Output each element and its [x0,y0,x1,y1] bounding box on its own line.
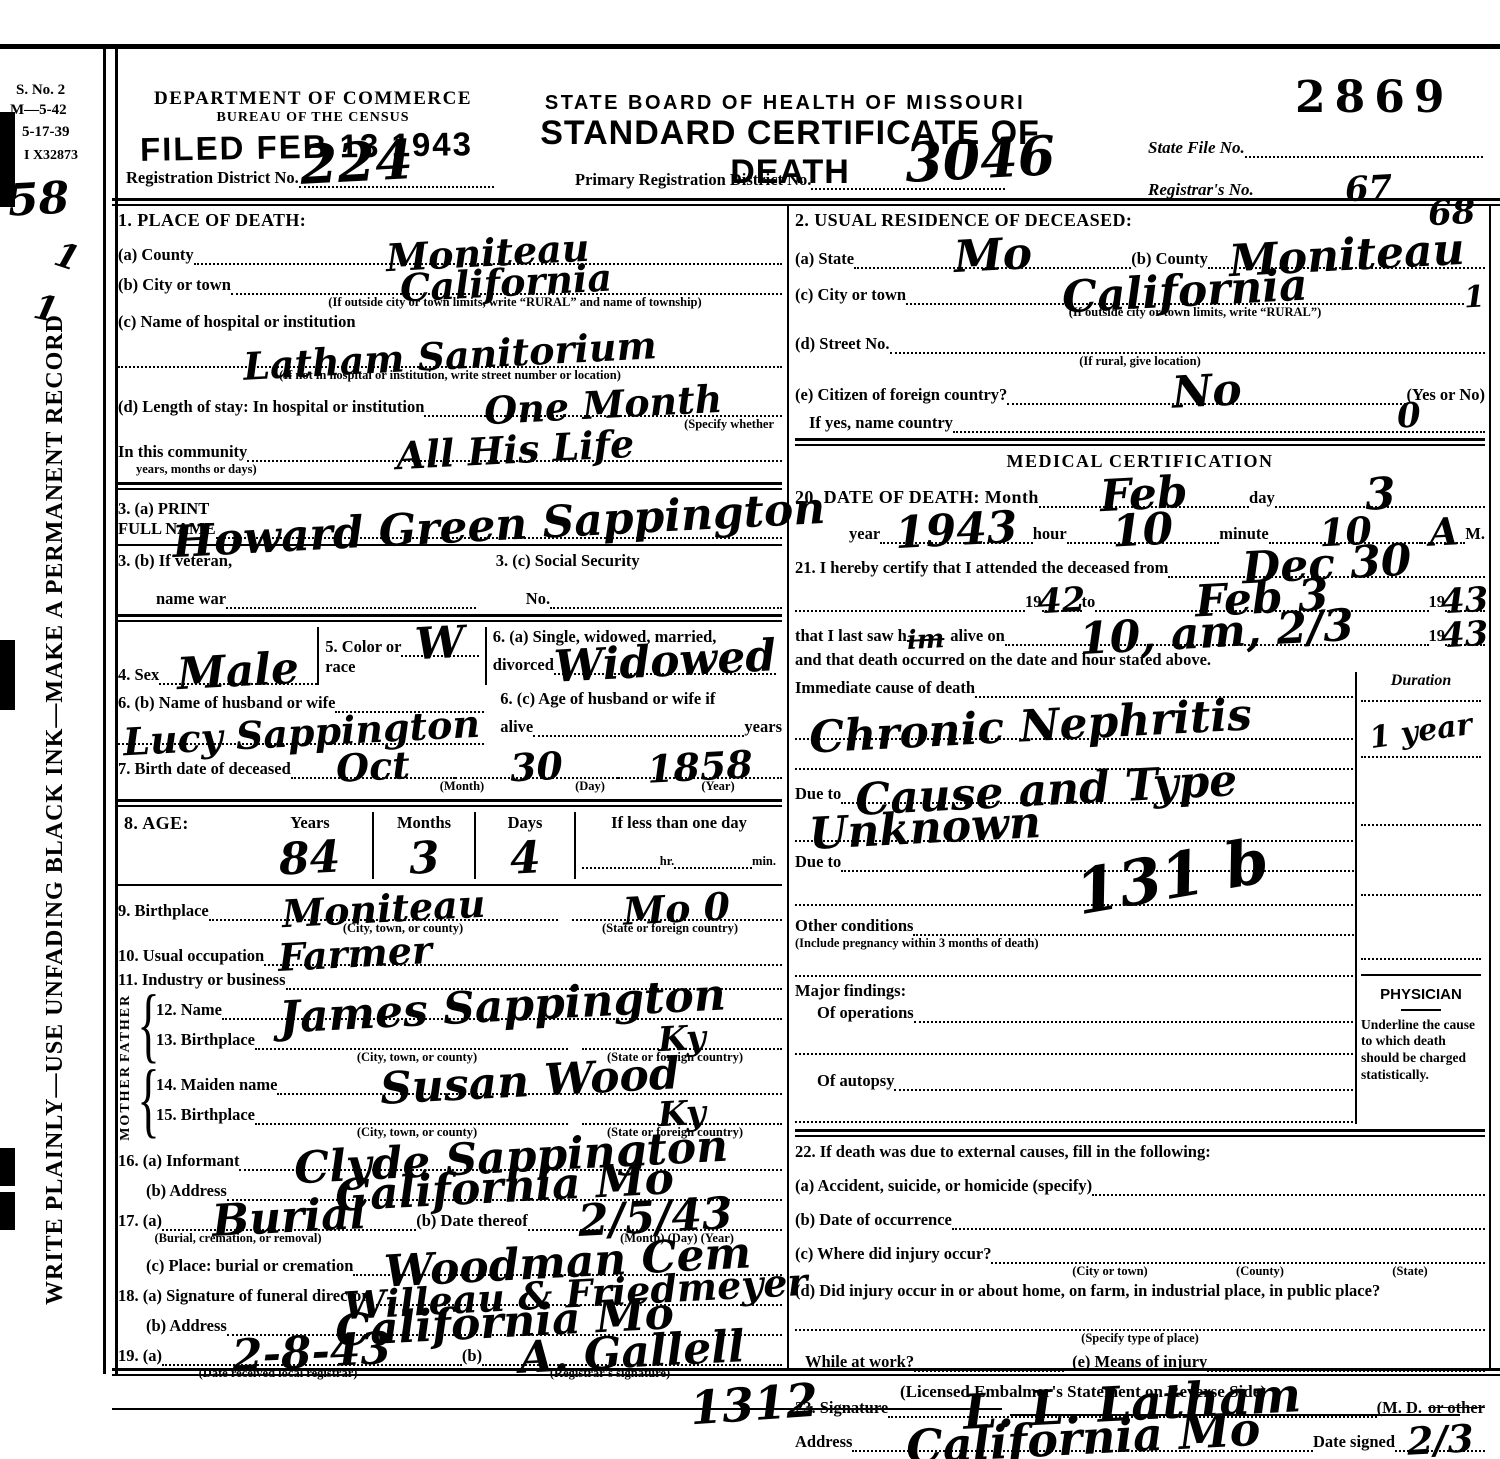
name-war-label: name war [118,589,226,609]
ssn-no-line [550,605,782,609]
attended-from-year: 42 [1037,591,1085,612]
cause-empty-line-5 [795,1119,1357,1123]
last-saw-scribble: im [907,632,945,648]
length-of-stay-line: One Month [424,395,782,417]
external-c-note-1: (City or town) [1035,1264,1185,1279]
external-c-note-3: (State) [1335,1264,1485,1279]
age-heading: 8. AGE: [124,813,189,833]
age-days-cell: Days 4 [474,812,574,879]
external-c-row: (c) Where did injury occur? [795,1240,1485,1264]
form-ref-3: 5-17-39 [22,124,70,141]
column-divider-line [787,205,789,1369]
birthplace-label: 9. Birthplace [118,901,209,921]
registration-district-label: Registration District No. [126,168,299,188]
death-day-value: 3 [1364,482,1396,508]
burial-place-label: (c) Place: burial or cremation [118,1256,353,1276]
county-label: (a) County [118,245,194,265]
residence-state-county-row: (a) State Mo (b) County Moniteau [795,239,1485,269]
immediate-cause-label: Immediate cause of death [795,678,975,698]
right-border-line [1489,205,1491,1369]
footer-bottom-rule-right [1010,1414,1460,1416]
duration-value: 1 year [1360,716,1481,749]
physician-note: Underline the cause to which death shoul… [1361,1017,1481,1085]
citizen-line: No [1007,380,1406,405]
mother-name-value: Susan Wood [379,1062,680,1102]
hospital-label: (c) Name of hospital or institution [118,312,782,332]
external-causes-heading: 22. If death was due to external causes,… [795,1142,1485,1162]
residence-state-label: (a) State [795,249,854,269]
occupation-value: Farmer [278,940,433,969]
race-value: W [415,631,466,658]
death-day-line: 3 [1275,483,1485,508]
father-birthplace-value: Ky [658,1029,707,1050]
external-a-label: (a) Accident, suicide, or homicide (spec… [795,1176,1092,1196]
ssn-label: 3. (c) Social Security [496,551,782,571]
death-hour-value: 10 [1112,517,1174,544]
full-name-value: Howard Green Sappington [172,497,826,555]
birth-year-value: 1858 [647,754,754,780]
ssn-no-label: No. [496,589,550,609]
immediate-cause-row: Immediate cause of death [795,672,1357,698]
registrar-signature-value: A. Gallell [519,1335,746,1371]
funeral-address-label: (b) Address [118,1316,227,1336]
operations-label: Of operations [795,1003,914,1023]
autopsy-line [894,1087,1357,1091]
birthplace-line-1: Moniteau [209,899,558,921]
header-department: DEPARTMENT OF COMMERCE [128,88,498,110]
attended-filler-line [795,608,1025,612]
duration-line-3 [1361,822,1481,826]
mother-name-line: Susan Wood [277,1070,782,1095]
citizen-label: (e) Citizen of foreign country? [795,385,1007,405]
operations-line [914,1019,1357,1023]
external-a-line [1092,1192,1485,1196]
header-state-board: STATE BOARD OF HEALTH OF MISSOURI [520,92,1050,115]
section-rule-4 [118,799,782,807]
community-row: In this community All His Life [118,432,782,462]
mother-side-label: MOTHER [118,1065,136,1141]
margin-handwritten-number: 58 [7,186,69,213]
birth-day-value: 30 [509,756,563,780]
father-side-label: FATHER [118,990,136,1065]
age-days-value: 4 [509,846,541,872]
spouse-age-line [533,733,744,737]
disposal-line: Burial [162,1206,416,1231]
marital-cell: 6. (a) Single, widowed, married, divorce… [485,627,782,685]
primary-district-label: Primary Registration District No. [575,170,811,190]
registration-district-value: 224 [299,145,413,181]
residence-state-line: Mo [854,244,1131,269]
father-birthplace-line-2: Ky [582,1030,782,1050]
residence-state-value: Mo [953,242,1032,270]
last-saw-alive-label: alive on [944,626,1005,646]
date-signed-label: Date signed [1313,1432,1395,1452]
margin-vertical-instruction: WRITE PLAINLY—USE UNFADING BLACK INK—MAK… [42,230,88,1390]
form-ref-1: S. No. 2 [16,82,65,99]
month-note: (Month) [398,779,526,794]
community-label: In this community [118,442,247,462]
registrar-received-label: 19. (a) [118,1346,162,1366]
due-to-1-row: Due to Cause and Type [795,770,1357,804]
attended-to-year: 43 [1441,591,1489,612]
birthplace-state-value: Mo 0 [623,896,731,922]
length-of-stay-label: (d) Length of stay: In hospital or insti… [118,397,424,417]
right-column: 2. USUAL RESIDENCE OF DECEASED: 68 (a) S… [795,210,1485,1452]
age-years-value: 84 [279,845,341,872]
spouse-age-label: 6. (c) Age of husband or wife if [500,689,782,709]
primary-district-value: 3046 [904,141,1056,179]
age-days-label: Days [482,813,568,833]
death-hour-label: hour [1033,524,1067,544]
length-of-stay-value: One Month [484,389,723,422]
city-line: California [231,273,782,295]
mother-birthplace-label: 15. Birthplace [156,1105,255,1125]
name-war-line [226,605,476,609]
major-findings-label: Major findings: [795,981,1357,1001]
autopsy-label: Of autopsy [795,1071,894,1091]
footer-handwritten-number: 1312 [689,1388,818,1422]
state-file-row: State File No. [1148,128,1483,158]
form-ref-4: I X32873 [24,148,78,164]
father-name-line: James Sappington [222,995,782,1020]
state-file-label: State File No. [1148,138,1245,158]
cause-of-death-block: Immediate cause of death Chronic Nephrit… [795,672,1485,1124]
physician-address-row: Address California Mo Date signed 2/3 [795,1418,1485,1452]
registrar-received-date: 2-8-43 [232,1336,392,1368]
immediate-cause-line: Chronic Nephritis [795,698,1357,740]
section-rule-1 [118,482,782,490]
embalmer-statement-note: (Licensed Embalmer's Statement on Revers… [900,1382,1266,1402]
sex-cell: 4. Sex Male [118,627,317,685]
age-months-value: 3 [408,846,440,872]
full-name-line: Howard Green Sappington [216,514,782,539]
full-name-row: 3. (a) PRINT FULL NAME Howard Green Sapp… [118,495,782,539]
residence-city-row: (c) City or town California 1 [795,275,1485,305]
spouse-age-alive-label: alive [500,717,533,737]
autopsy-row: Of autopsy [795,1069,1357,1091]
name-country-label: If yes, name country [795,413,953,433]
last-saw-line: 10, am, 2/3 [1005,621,1429,646]
age-less-label: If less than one day [582,813,776,833]
duration-line-5 [1361,956,1481,960]
external-c-notes: (City or town) (County) (State) [795,1264,1485,1279]
birthplace-value: Moniteau [281,894,485,926]
attended-label: 21. I hereby certify that I attended the… [795,558,1168,578]
header-bottom-rule [112,198,1500,206]
residence-city-mark: 1 [1464,289,1486,307]
scan-mark-bottom-1 [0,1148,15,1186]
other-conditions-row: Other conditions [795,906,1357,936]
funeral-director-label: 18. (a) Signature of funeral director [118,1286,369,1306]
state-file-line [1245,154,1483,158]
external-b-line [952,1226,1485,1230]
occupation-row: 10. Usual occupation Farmer [118,936,782,966]
occupation-label: 10. Usual occupation [118,946,264,966]
registrar-number-label: Registrar's No. [1148,180,1254,200]
physician-label: PHYSICIAN [1361,986,1481,1003]
scan-mark-middle [0,640,15,710]
physician-address-value: California Mo [905,1416,1260,1459]
form-ref-2: M—5-42 [10,102,67,119]
death-m-label: M. [1465,524,1485,544]
age-years-label: Years [254,813,366,833]
street-row: (d) Street No. [795,328,1485,354]
date-signed-line: 2/3 [1395,1430,1485,1452]
father-birthplace-label: 13. Birthplace [156,1030,255,1050]
margin-divider-line [103,44,118,1374]
sex-line: Male [159,660,317,685]
length-of-stay-row: (d) Length of stay: In hospital or insti… [118,387,782,417]
due-to-1-label: Due to [795,784,841,804]
age-block: 8. AGE: Years 84 Months 3 Days 4 If less… [118,812,782,879]
mother-brace: { [136,1065,156,1141]
duration-line-1 [1361,698,1481,702]
birth-month-line: Oct [291,757,455,779]
age-hr-label: hr. [660,854,674,869]
death-hour-line: 10 [1067,519,1220,544]
color-label: 5. Color or [325,637,401,657]
due-to-1-line: Cause and Type [841,779,1357,804]
community-line: All His Life [247,440,782,462]
other-conditions-handwriting: 131 b [1074,843,1271,910]
other-conditions-label: Other conditions [795,916,913,936]
left-column: 1. PLACE OF DEATH: (a) County Moniteau (… [118,210,782,1381]
date-of-death-row: 20. DATE OF DEATH: Month Feb day 3 [795,478,1485,508]
spouse-line: Lucy Sappington [118,713,484,745]
residence-city-line: California [906,280,1464,305]
external-c-label: (c) Where did injury occur? [795,1244,991,1264]
cause-empty-line-3 [795,973,1357,977]
father-name-label: 12. Name [156,1000,222,1020]
city-label: (b) City or town [118,275,231,295]
birth-month-value: Oct [335,755,410,780]
county-row: (a) County Moniteau [118,235,782,265]
race-cell: 5. Color or W race [317,627,485,685]
duration-line-4 [1361,892,1481,896]
birth-day-line: 30 [455,757,619,779]
last-saw-year: 43 [1441,625,1489,646]
due-to-1-value-2: Unknown [809,811,1042,847]
physician-address-label: Address [795,1432,852,1452]
sex-race-marital-row: 4. Sex Male 5. Color or W race 6. (a) Si… [118,627,782,685]
informant-label: 16. (a) Informant [118,1151,239,1171]
age-min-line [674,865,752,869]
registrar-received-row: 19. (a) 2-8-43 (b) A. Gallell [118,1336,782,1366]
scan-mark-bottom-2 [0,1192,15,1230]
street-note: (If rural, give location) [795,354,1485,369]
physician-address-line: California Mo [852,1426,1312,1452]
age-months-cell: Months 3 [372,812,474,879]
birth-year-line: 1858 [618,757,782,779]
father-name-row: 12. Name James Sappington [156,990,782,1020]
place-of-death-heading: 1. PLACE OF DEATH: [118,210,782,231]
external-d-note: (Specify type of place) [795,1331,1485,1346]
sex-value: Male [177,657,300,688]
marital-line: Widowed [554,650,776,675]
death-year-line: 1943 [880,519,1033,544]
sex-label: 4. Sex [118,665,159,685]
residence-city-value: California [1062,273,1309,310]
last-saw-row: that I last saw h im alive on 10, am, 2/… [795,616,1485,646]
name-country-row: If yes, name country 0 [795,405,1485,433]
due-to-1-line-2: Unknown [795,804,1357,842]
death-day-label: day [1249,488,1275,508]
citizen-value: No [1172,378,1243,406]
attended-to-year-line: 43 [1445,592,1485,612]
section-rule-6 [795,438,1485,446]
age-less-cell: If less than one day hr. min. [574,812,782,879]
age-months-label: Months [380,813,468,833]
attended-to-row: 19 42 to Feb 3 19 43 [795,582,1485,612]
residence-city-label: (c) City or town [795,285,906,305]
occupation-line: Farmer [264,944,782,966]
immediate-cause-value: Chronic Nephritis [809,703,1253,750]
race-line: W [401,632,478,657]
mother-maiden-label: 14. Maiden name [156,1075,277,1095]
residence-corner-handwriting: 68 [1427,203,1475,224]
duration-physician-sidebar: Duration 1 year PHYSICIAN Underline the … [1355,672,1485,1124]
city-value: California [400,268,613,300]
death-certificate-scan: S. No. 2 M—5-42 5-17-39 I X32873 58 1 1 … [0,0,1500,1459]
father-brace: { [136,990,156,1065]
top-border-rule [0,44,1500,49]
spouse-age-years-label: years [744,717,782,737]
city-row: (b) City or town California [118,265,782,295]
duration-label: Duration [1361,672,1481,690]
external-c-note-2: (County) [1185,1264,1335,1279]
birthplace-row: 9. Birthplace Moniteau Mo 0 [118,891,782,921]
external-b-row: (b) Date of occurrence [795,1206,1485,1230]
mother-name-row: 14. Maiden name Susan Wood [156,1065,782,1095]
father-block: FATHER { 12. Name James Sappington 13. B… [118,990,782,1065]
last-saw-value: 10, am, 2/3 [1079,614,1355,653]
disposal-method-value: Burial [211,1202,366,1234]
community-value: All His Life [395,434,634,467]
operations-row: Of operations [795,1001,1357,1023]
birthplace-line-2: Mo 0 [572,899,782,921]
street-label: (d) Street No. [795,334,890,354]
other-conditions-note: (Include pregnancy within 3 months of de… [795,936,1357,951]
hospital-line: Latham Sanitorium [118,332,782,368]
registrar-signature-line: A. Gallell [482,1341,782,1366]
footer-bottom-rule-left [112,1408,1002,1410]
attended-from-year-line: 42 [1042,592,1082,612]
marital-value: Widowed [553,644,776,680]
header-bureau: BUREAU OF THE CENSUS [128,110,498,126]
date-signed-value: 2/3 [1406,1428,1474,1452]
external-d-label: (d) Did injury occur in or about home, o… [795,1281,1485,1301]
death-ampm-value: A [1428,521,1459,543]
death-year-value: 1943 [895,516,1019,547]
age-hr-line [582,865,660,869]
disposal-label: 17. (a) [118,1211,162,1231]
cause-empty-line-4 [795,1051,1357,1055]
marital-label-2: divorced [493,655,554,675]
last-saw-year-line: 43 [1445,626,1485,646]
death-year-label: year [849,524,880,544]
residence-heading: 2. USUAL RESIDENCE OF DECEASED: [795,210,1132,230]
death-minute-label: minute [1219,524,1269,544]
last-saw-label: that I last saw h [795,626,907,646]
age-years-cell: Years 84 [248,812,372,879]
certificate-number-stamp: 2869 [1295,72,1453,123]
spouse-value: Lucy Sappington [122,714,480,754]
section-rule-7 [795,1129,1485,1137]
citizen-zero-mark: 0 [1397,406,1422,426]
citizen-row: (e) Citizen of foreign country? No (Yes … [795,375,1485,405]
registrar-received-line: 2-8-43 [162,1341,462,1366]
external-a-row: (a) Accident, suicide, or homicide (spec… [795,1172,1485,1196]
death-ampm-line: A [1421,522,1465,544]
age-min-label: min. [752,854,776,869]
age-heading-cell: 8. AGE: [118,812,248,879]
external-b-label: (b) Date of occurrence [795,1210,952,1230]
